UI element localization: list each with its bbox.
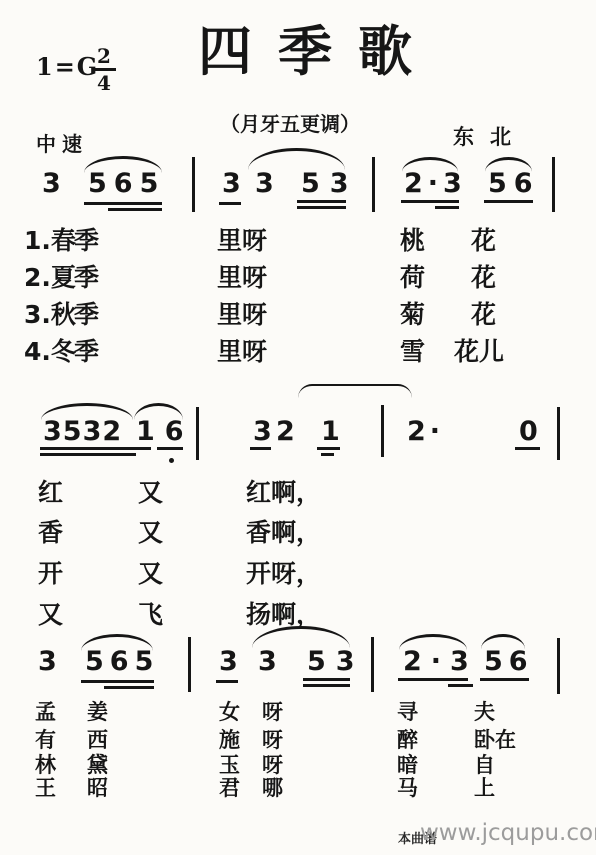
note-group: 16 bbox=[136, 418, 194, 445]
barline bbox=[372, 157, 375, 212]
lyric: 施 bbox=[219, 730, 240, 751]
lyric: 1.春 bbox=[24, 228, 76, 253]
lyric: 呀 bbox=[262, 702, 283, 723]
lyric: 玉 bbox=[219, 755, 240, 776]
lyric: 姜 bbox=[87, 702, 108, 723]
beam-line bbox=[435, 206, 459, 209]
beam-line bbox=[132, 447, 151, 450]
lyric: 呀 bbox=[262, 730, 283, 751]
lyric: 花 bbox=[471, 265, 496, 290]
lyric: 又 bbox=[138, 520, 163, 545]
beam-line bbox=[104, 686, 154, 689]
beam-line bbox=[250, 447, 271, 450]
beam-line bbox=[303, 684, 350, 687]
lyric: 里呀 bbox=[217, 302, 267, 327]
beam-line bbox=[81, 680, 154, 683]
lyric: 女 bbox=[219, 702, 240, 723]
barline bbox=[188, 637, 191, 692]
lyric: 香 bbox=[38, 520, 63, 545]
lyric: 开呀， bbox=[246, 561, 321, 586]
lyric: 扬啊， bbox=[246, 602, 321, 627]
lyric: 自 bbox=[474, 755, 495, 776]
slur bbox=[481, 634, 525, 649]
beam-line bbox=[297, 206, 346, 209]
beam-line bbox=[84, 202, 162, 205]
beam-line bbox=[321, 453, 334, 456]
beam-line bbox=[219, 202, 241, 205]
lyric: 2.夏 bbox=[24, 265, 76, 290]
note: 3 bbox=[255, 170, 274, 197]
note-group: 56 bbox=[484, 648, 534, 675]
time-signature-denominator: 4 bbox=[92, 73, 116, 93]
lyric: 里呀 bbox=[217, 339, 267, 364]
beam-line bbox=[297, 200, 346, 203]
barline bbox=[196, 407, 199, 460]
lyric: 黛 bbox=[87, 755, 108, 776]
beam-line bbox=[108, 208, 162, 211]
slur bbox=[399, 634, 467, 650]
lyric: 夫 bbox=[474, 702, 495, 723]
barline bbox=[381, 405, 384, 457]
note-group: 2·3 bbox=[404, 170, 467, 197]
note-group: 56 bbox=[488, 170, 540, 197]
note-group: 565 bbox=[88, 170, 165, 197]
tempo-marking: 中速 bbox=[36, 128, 88, 157]
note: 3 bbox=[258, 648, 277, 675]
beam-line bbox=[398, 678, 468, 681]
beam-line bbox=[317, 447, 340, 450]
lyric: 里呀 bbox=[217, 265, 267, 290]
note-group: 565 bbox=[85, 648, 159, 675]
lyric: 菊 bbox=[400, 302, 425, 327]
lyric: 卧在 bbox=[474, 730, 516, 751]
lyric: 花 bbox=[471, 302, 496, 327]
slur bbox=[41, 403, 133, 420]
barline bbox=[557, 638, 560, 694]
slur bbox=[81, 634, 153, 651]
lyric: 有 bbox=[35, 730, 56, 751]
beam-line bbox=[484, 200, 533, 203]
barline bbox=[371, 637, 374, 692]
beam-line bbox=[40, 453, 136, 456]
lyric: 林 bbox=[35, 755, 56, 776]
beam-line bbox=[216, 680, 238, 683]
beam-line bbox=[401, 200, 459, 203]
note: 3 bbox=[253, 418, 272, 445]
note: 1 bbox=[321, 418, 340, 445]
barline bbox=[557, 407, 560, 460]
time-signature: 2 4 bbox=[92, 46, 116, 93]
note: 3 bbox=[219, 648, 238, 675]
key-signature: 1=G bbox=[36, 55, 99, 79]
note-group: 2· bbox=[407, 418, 444, 445]
lyric: 呀 bbox=[262, 755, 283, 776]
lyric: 昭 bbox=[87, 778, 108, 799]
beam-line bbox=[303, 678, 350, 681]
lyric: 桃 bbox=[400, 228, 425, 253]
lyric: 君 bbox=[219, 778, 240, 799]
note: 2 bbox=[276, 418, 295, 445]
low-octave-dot bbox=[169, 458, 174, 463]
beam-line bbox=[515, 447, 540, 450]
origin-region: 东北 bbox=[453, 121, 527, 151]
lyric: 香啊， bbox=[246, 520, 321, 545]
beam-line bbox=[40, 447, 136, 450]
lyric: 季 bbox=[74, 339, 99, 364]
slur bbox=[134, 403, 183, 420]
lyric: 开 bbox=[38, 561, 63, 586]
lyric: 又 bbox=[138, 480, 163, 505]
lyric: 红 bbox=[38, 480, 63, 505]
lyric: 雪 bbox=[400, 339, 425, 364]
lyric: 季 bbox=[74, 265, 99, 290]
slur bbox=[252, 626, 350, 648]
lyric: 又 bbox=[38, 602, 63, 627]
time-signature-numerator: 2 bbox=[92, 46, 116, 66]
note-group: 53 bbox=[307, 648, 365, 675]
slur bbox=[485, 157, 532, 172]
note: 3 bbox=[42, 170, 61, 197]
tune-subtitle: （月牙五更调） bbox=[220, 108, 360, 137]
lyric: 季 bbox=[74, 228, 99, 253]
lyric: 里呀 bbox=[217, 228, 267, 253]
note-group: 2·3 bbox=[403, 648, 478, 675]
beam-line bbox=[480, 678, 529, 681]
slur bbox=[402, 157, 458, 172]
note: 3 bbox=[38, 648, 57, 675]
tie bbox=[298, 384, 412, 399]
lyric: 醉 bbox=[397, 730, 418, 751]
lyric: 马 bbox=[397, 778, 418, 799]
lyric: 花儿 bbox=[454, 339, 504, 364]
lyric: 4.冬 bbox=[24, 339, 76, 364]
note-group: 3532 bbox=[43, 418, 122, 445]
beam-line bbox=[157, 447, 183, 450]
lyric: 哪 bbox=[262, 778, 283, 799]
lyric: 暗 bbox=[397, 755, 418, 776]
lyric: 红啊， bbox=[246, 480, 321, 505]
lyric: 季 bbox=[74, 302, 99, 327]
slur bbox=[248, 148, 345, 170]
lyric: 寻 bbox=[397, 702, 418, 723]
barline bbox=[192, 157, 195, 212]
lyric: 飞 bbox=[138, 602, 163, 627]
lyric: 花 bbox=[471, 228, 496, 253]
slur bbox=[84, 156, 162, 173]
lyric: 孟 bbox=[35, 702, 56, 723]
lyric: 上 bbox=[474, 778, 495, 799]
lyric: 又 bbox=[138, 561, 163, 586]
sheet-music-page: 1=G 2 4 四季歌 （月牙五更调） 东北 中速 3 565 3 3 53 2… bbox=[0, 0, 596, 855]
lyric: 3.秋 bbox=[24, 302, 76, 327]
watermark-site: www.jcqupu.com bbox=[420, 820, 596, 846]
lyric: 荷 bbox=[400, 265, 425, 290]
rest-note: 0 bbox=[519, 418, 538, 445]
note: 3 bbox=[222, 170, 241, 197]
lyric: 西 bbox=[87, 730, 108, 751]
barline bbox=[552, 157, 555, 212]
beam-line bbox=[448, 684, 473, 687]
lyric: 王 bbox=[35, 778, 56, 799]
song-title: 四季歌 bbox=[198, 22, 438, 81]
note-group: 53 bbox=[301, 170, 359, 197]
